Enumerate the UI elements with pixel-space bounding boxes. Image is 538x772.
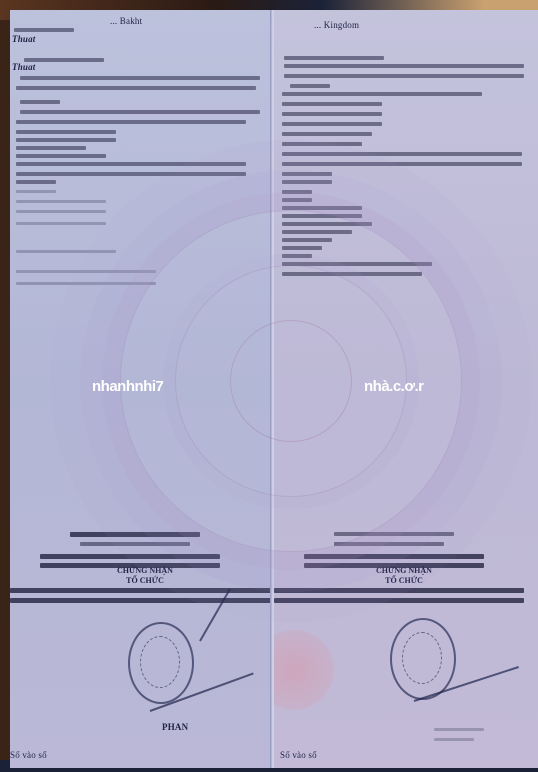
footer-title-right-2: TỔ CHỨC bbox=[274, 576, 534, 585]
registry-number-label-left: Số vào sổ bbox=[10, 750, 47, 760]
watermark-right: nhà.c.ơ.r bbox=[364, 378, 424, 395]
label-thuat-1: Thuat bbox=[12, 34, 36, 44]
footer-title-1: CHỨNG NHẬN bbox=[30, 566, 260, 575]
watermark-left: nhanhnhi7 bbox=[92, 378, 163, 395]
red-stamp-mark bbox=[274, 630, 334, 710]
official-seal-right bbox=[390, 618, 456, 700]
official-seal-left bbox=[128, 622, 194, 704]
footer-title-right-1: CHỨNG NHẬN bbox=[274, 566, 534, 575]
registry-number-label-right: Số vào sổ bbox=[280, 750, 317, 760]
header-fragment: ... Bakht bbox=[110, 16, 142, 26]
label-thuat-2: Thuat bbox=[12, 62, 36, 72]
signer-name: PHAN bbox=[162, 722, 188, 732]
header-fragment-right: ... Kingdom bbox=[314, 20, 359, 30]
footer-title-2: TỔ CHỨC bbox=[30, 576, 260, 585]
